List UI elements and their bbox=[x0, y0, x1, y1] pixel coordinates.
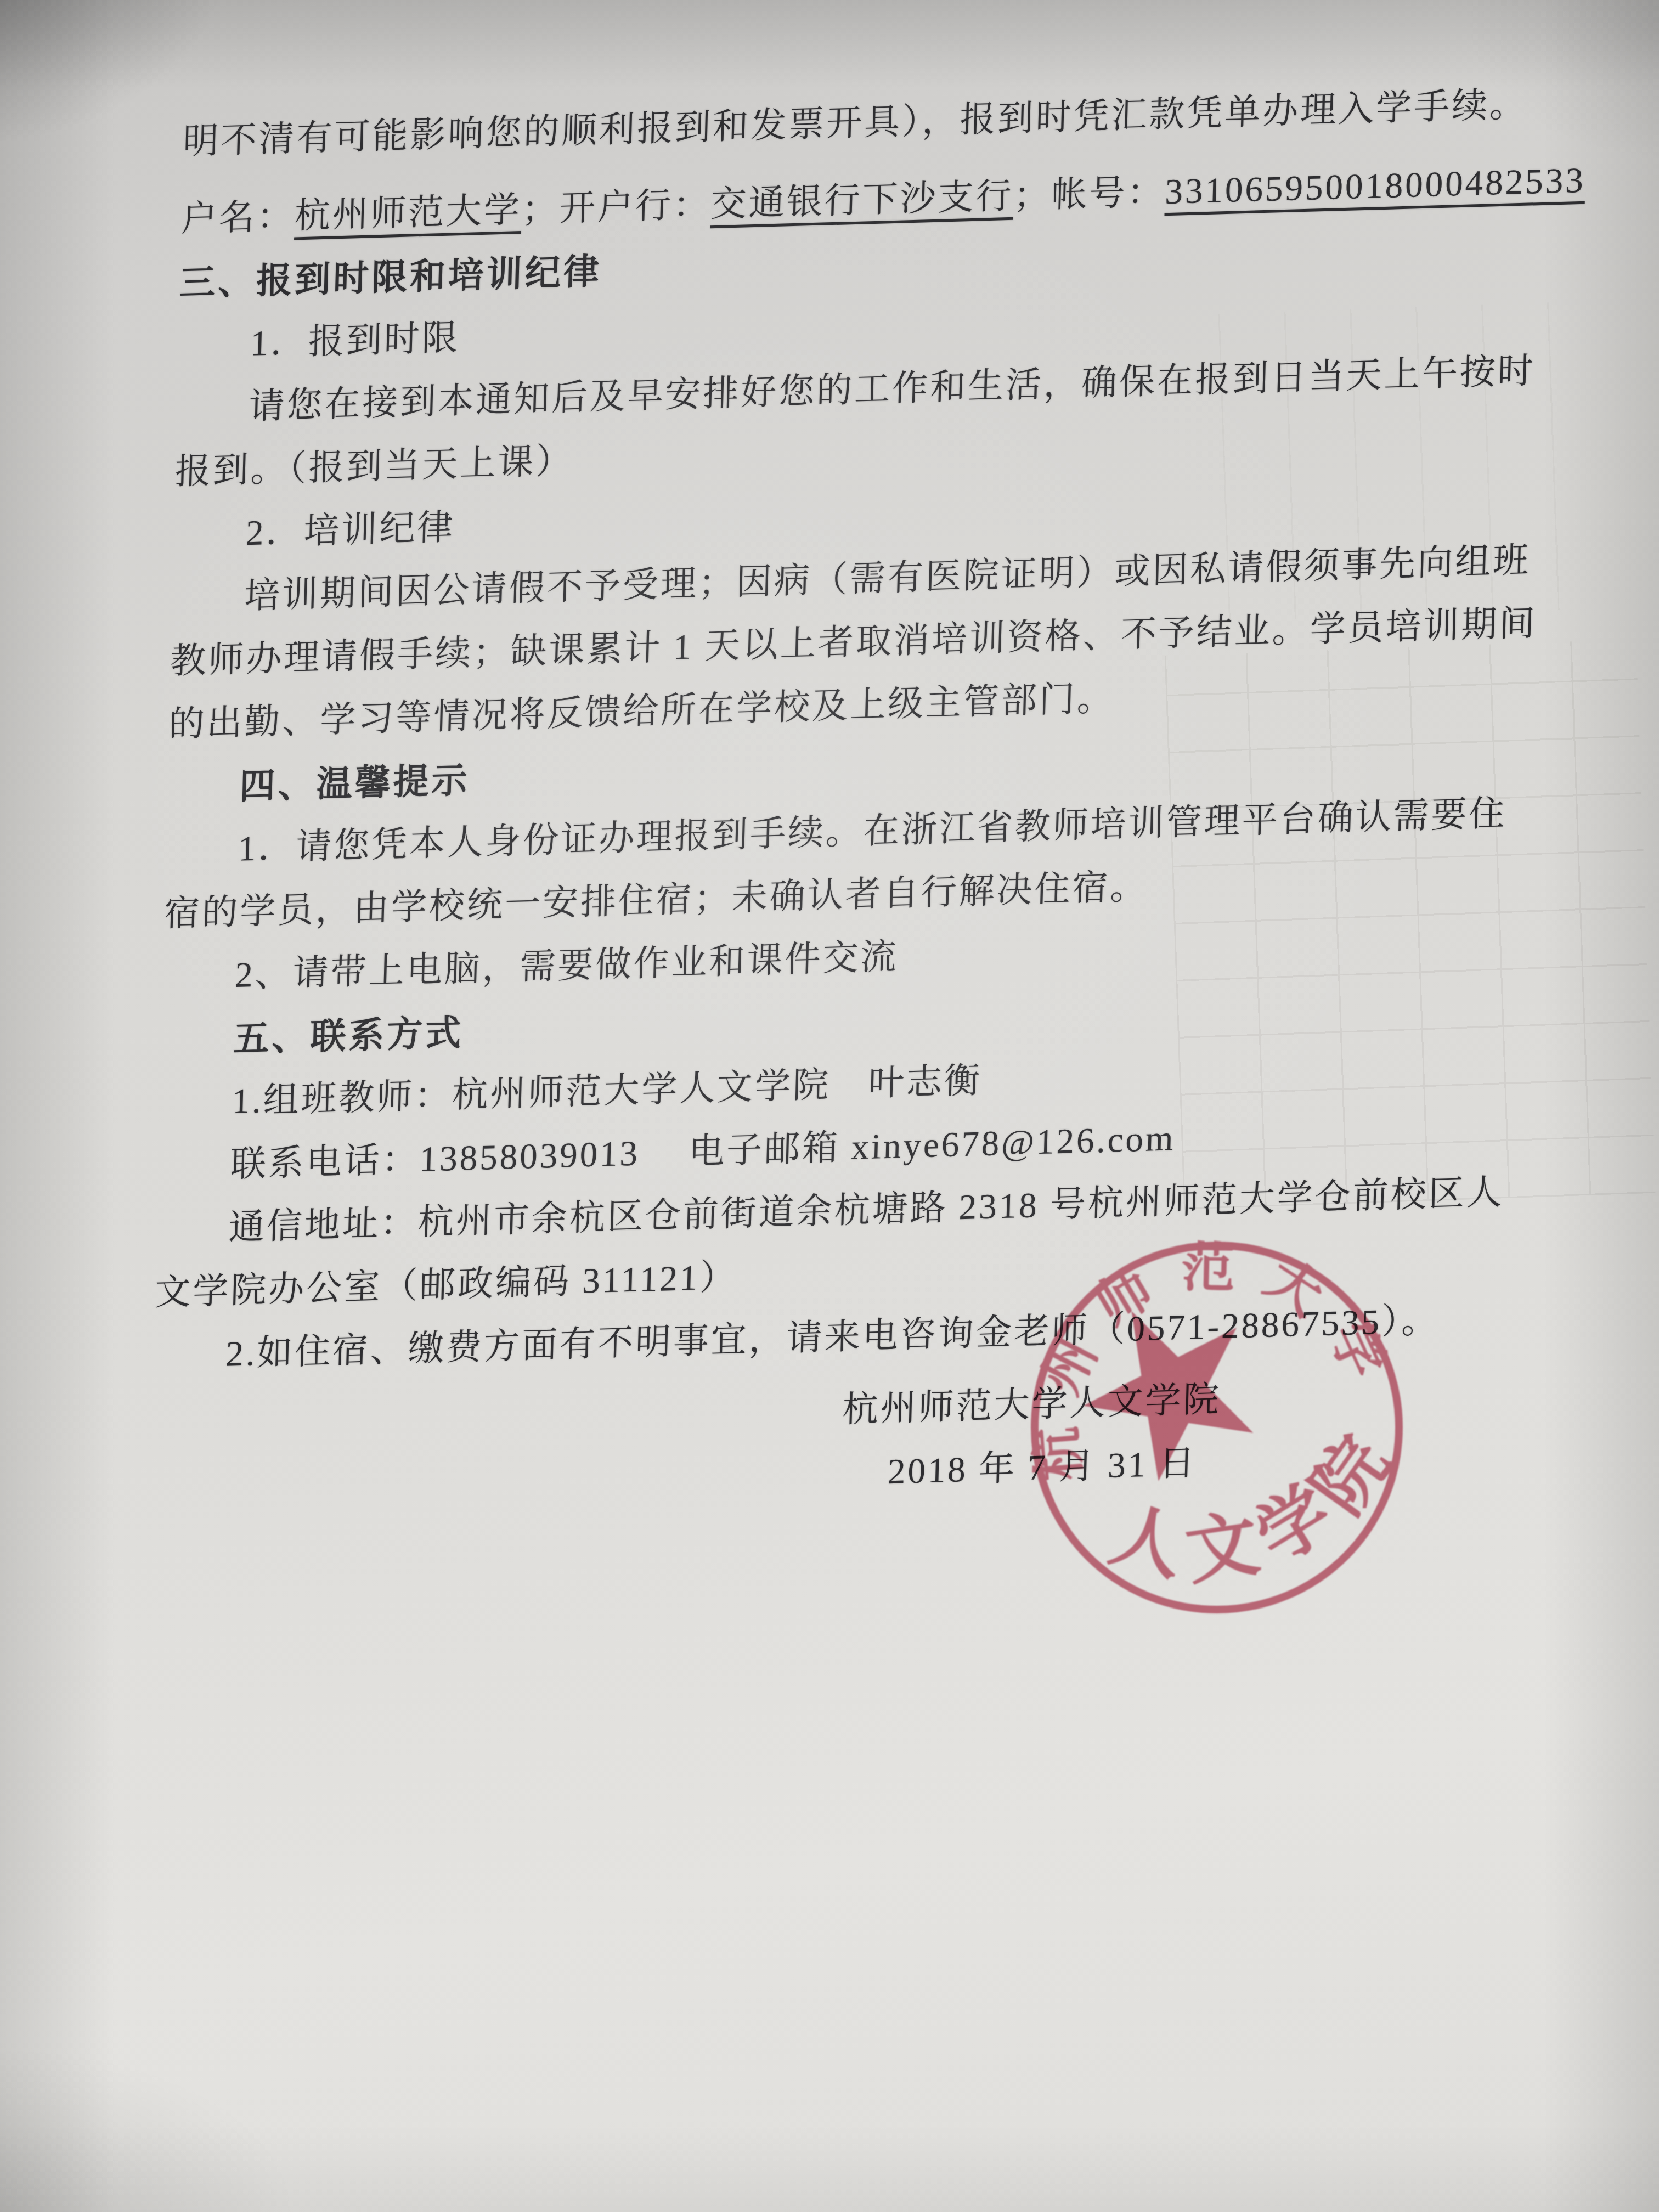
text-segment: ；帐号： bbox=[1013, 172, 1166, 216]
underlined-text: 331065950018000482533 bbox=[1165, 161, 1586, 212]
text-segment: ；开户行： bbox=[521, 185, 712, 230]
text-segment: 户名： bbox=[180, 196, 295, 239]
underlined-text: 杭州师范大学 bbox=[294, 190, 522, 236]
underlined-text: 交通银行下沙支行 bbox=[710, 177, 1014, 224]
photographed-document-page: 明不清有可能影响您的顺利报到和发票开具），报到时凭汇款凭单办理入学手续。户名：杭… bbox=[0, 0, 1659, 2212]
official-seal-stamp: 杭州师范大学 人文学院 bbox=[1008, 1234, 1436, 1651]
stamp-rotation-group: 杭州师范大学 人文学院 bbox=[1008, 1234, 1436, 1651]
